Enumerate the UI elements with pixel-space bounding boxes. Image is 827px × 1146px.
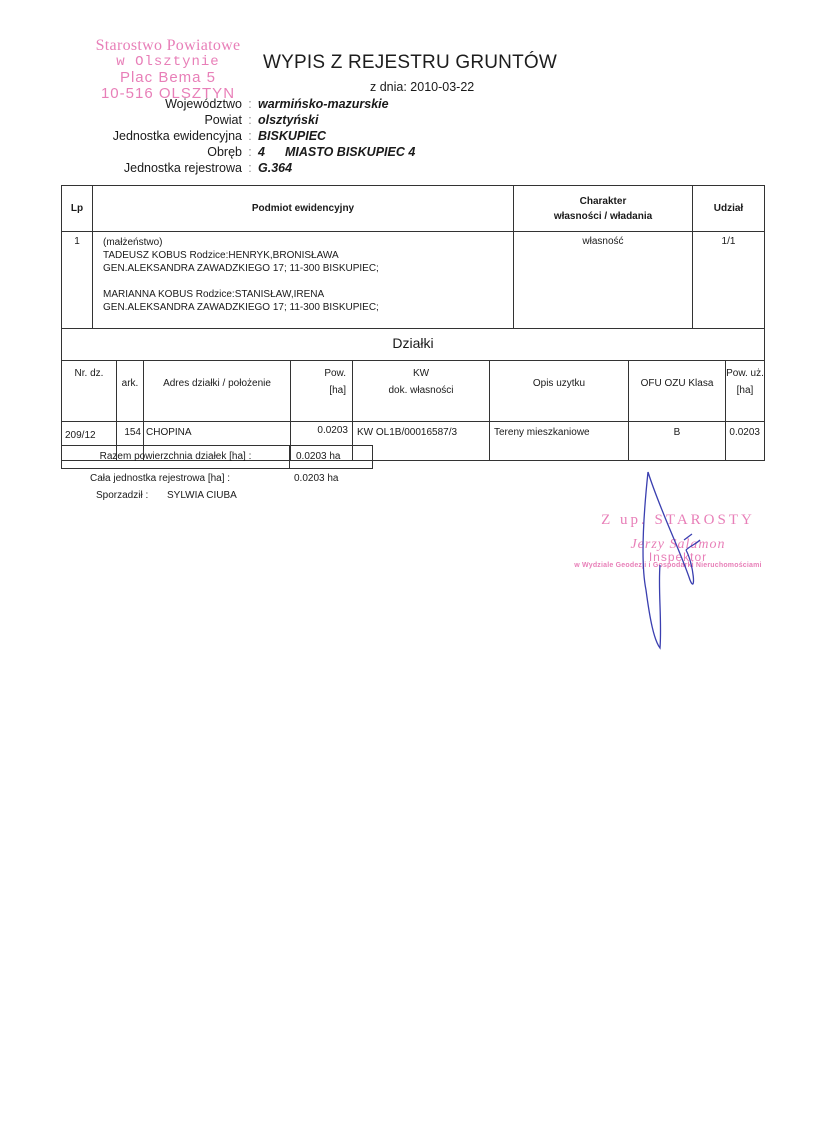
owner-line: (małżeństwo)	[103, 236, 503, 249]
meta-label: Województwo	[60, 96, 242, 112]
cell-opis: Tereny mieszkaniowe	[490, 422, 629, 461]
prepared-value: SYLWIA CIUBA	[167, 490, 237, 501]
cell-kw: KW OL1B/00016587/3	[353, 422, 490, 461]
office-stamp: Starostwo Powiatowe w Olsztynie Plac Bem…	[78, 38, 258, 102]
meta-row-powiat: Powiat : olsztyński	[60, 112, 460, 128]
col-charakter: Charakter własności / władania	[514, 186, 693, 232]
parcels-title: Działki	[61, 325, 765, 360]
stamp-line: Starostwo Powiatowe	[78, 38, 258, 54]
meta-row-jednostka-rejestrowa: Jednostka rejestrowa : G.364	[60, 160, 460, 176]
document-title: WYPIS Z REJESTRU GRUNTÓW	[263, 52, 557, 74]
obreb-name: MIASTO BISKUPIEC 4	[285, 145, 415, 159]
col-nr: Nr. dz.	[62, 361, 117, 422]
meta-separator: :	[242, 160, 258, 176]
meta-separator: :	[242, 128, 258, 144]
total-label: Cała jednostka rejestrowa [ha] :	[90, 473, 230, 484]
meta-row-wojewodztwo: Województwo : warmińsko-mazurskie	[60, 96, 460, 112]
col-pow-uz: Pow. uż. [ha]	[726, 361, 765, 422]
col-pow-line1: Pow.	[291, 365, 346, 382]
owner-line: GEN.ALEKSANDRA ZAWADZKIEGO 17; 11-300 BI…	[103, 262, 503, 275]
meta-label: Powiat	[60, 112, 242, 128]
total-value: 0.0203 ha	[294, 473, 339, 484]
col-kw-line2: dok. własności	[353, 382, 489, 399]
prepared-label: Sporzadził :	[96, 490, 148, 501]
col-ark: ark.	[117, 361, 144, 422]
col-opis: Opis uzytku	[490, 361, 629, 422]
cell-lp: 1	[62, 232, 93, 329]
sum-label: Razem powierzchnia działek [ha] :	[62, 446, 290, 468]
parcels-table-header: Nr. dz. ark. Adres działki / położenie P…	[62, 361, 765, 422]
meta-row-obreb: Obręb : 4MIASTO BISKUPIEC 4	[60, 144, 460, 160]
parcels-sum: Razem powierzchnia działek [ha] : 0.0203…	[61, 445, 373, 469]
meta-separator: :	[242, 96, 258, 112]
meta-value: 4MIASTO BISKUPIEC 4	[258, 144, 415, 160]
col-pow: Pow. [ha]	[291, 361, 353, 422]
col-udzial: Udział	[693, 186, 765, 232]
owners-table: Lp Podmiot ewidencyjny Charakter własnoś…	[61, 185, 765, 329]
cell-pow-uz: 0.0203	[726, 422, 765, 461]
cell-udzial: 1/1	[693, 232, 765, 329]
col-charakter-line2: własności / władania	[514, 211, 692, 222]
owner-line: MARIANNA KOBUS Rodzice:STANISŁAW,IRENA	[103, 288, 503, 301]
meta-row-jednostka-ewidencyjna: Jednostka ewidencyjna : BISKUPIEC	[60, 128, 460, 144]
col-pow-uz-line2: [ha]	[726, 382, 764, 399]
meta-label: Obręb	[60, 144, 242, 160]
cell-podmiot: (małżeństwo) TADEUSZ KOBUS Rodzice:HENRY…	[93, 232, 514, 329]
owners-table-header: Lp Podmiot ewidencyjny Charakter własnoś…	[62, 186, 765, 232]
meta-separator: :	[242, 112, 258, 128]
stamp-line: Plac Bema 5	[78, 70, 258, 86]
register-metadata: Województwo : warmińsko-mazurskie Powiat…	[60, 96, 460, 176]
col-podmiot: Podmiot ewidencyjny	[93, 186, 514, 232]
col-adres: Adres działki / położenie	[144, 361, 291, 422]
signature-icon	[600, 470, 720, 660]
col-ofu-ozu-klasa: OFU OZU Klasa	[629, 361, 726, 422]
document-date: z dnia: 2010-03-22	[370, 80, 474, 94]
col-kw-line1: KW	[353, 365, 489, 382]
table-row: 1 (małżeństwo) TADEUSZ KOBUS Rodzice:HEN…	[62, 232, 765, 329]
owner-line: GEN.ALEKSANDRA ZAWADZKIEGO 17; 11-300 BI…	[103, 301, 503, 314]
col-charakter-line1: Charakter	[514, 196, 692, 207]
meta-value: warmińsko-mazurskie	[258, 96, 389, 112]
meta-separator: :	[242, 144, 258, 160]
owner-line: TADEUSZ KOBUS Rodzice:HENRYK,BRONISŁAWA	[103, 249, 503, 262]
cell-charakter: własność	[514, 232, 693, 329]
obreb-number: 4	[258, 145, 265, 159]
meta-value: G.364	[258, 160, 292, 176]
meta-label: Jednostka rejestrowa	[60, 160, 242, 176]
col-lp: Lp	[62, 186, 93, 232]
meta-label: Jednostka ewidencyjna	[60, 128, 242, 144]
cell-klasa: B	[629, 422, 726, 461]
meta-value: BISKUPIEC	[258, 128, 326, 144]
col-pow-uz-line1: Pow. uż.	[726, 365, 764, 382]
sum-value: 0.0203 ha	[290, 446, 372, 468]
col-kw: KW dok. własności	[353, 361, 490, 422]
stamp-line: w Olsztynie	[78, 54, 258, 70]
meta-value: olsztyński	[258, 112, 318, 128]
col-pow-line2: [ha]	[291, 382, 346, 399]
